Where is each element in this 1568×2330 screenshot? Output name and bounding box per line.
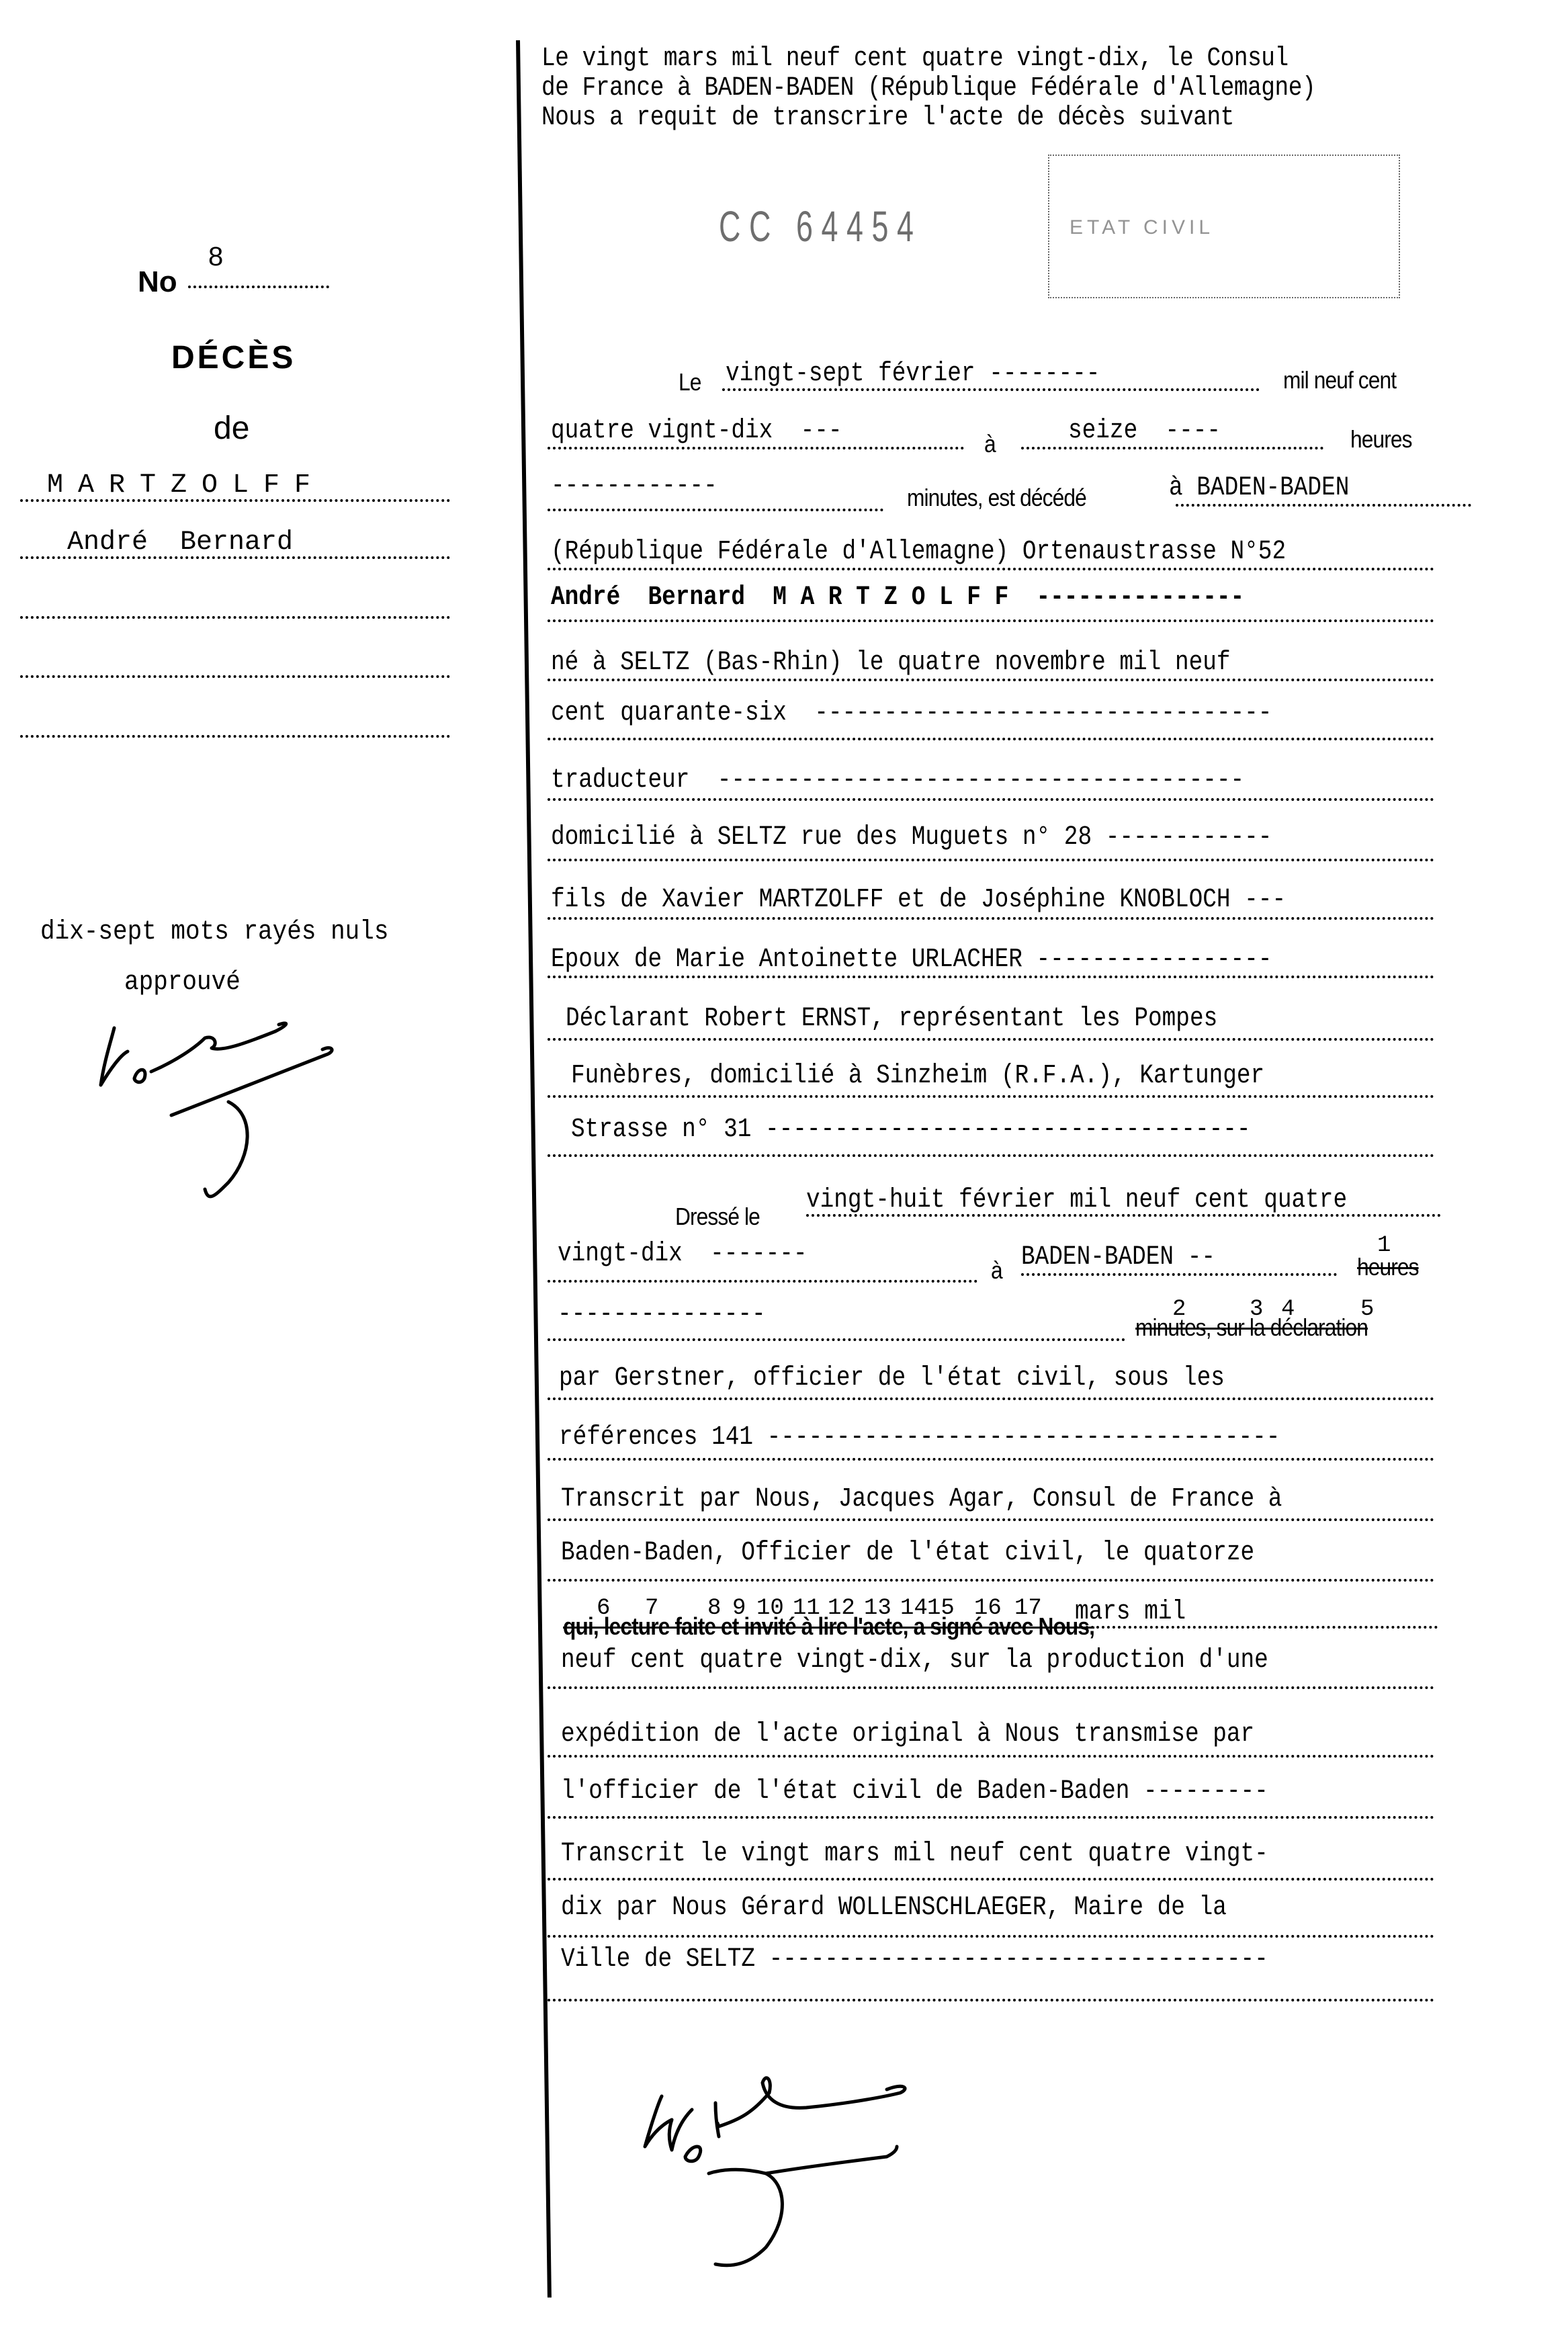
stamp-label: ETAT CIVIL (1070, 216, 1214, 239)
transcription-line-5: expédition de l'acte original à Nous tra… (561, 1720, 1254, 1750)
death-year: quatre vignt-dix --- (551, 417, 842, 446)
mayor-signature-icon (631, 2063, 981, 2264)
strike-number-4: 4 (1281, 1297, 1295, 1322)
spouse: Epoux de Marie Antoinette URLACHER -----… (551, 945, 1272, 975)
transcription-line-6: l'officier de l'état civil de Baden-Bade… (561, 1777, 1268, 1807)
strike-number-15: 15 (927, 1596, 955, 1621)
blank-line-1 (20, 616, 450, 619)
dresse-year-rule (548, 1280, 977, 1283)
mayor-line-3: Ville de SELTZ -------------------------… (561, 1945, 1268, 1975)
deceased-name-line (548, 619, 1434, 622)
death-place-address: (République Fédérale d'Allemagne) Ortena… (551, 537, 1286, 567)
minutes-label: minutes, est décédé (907, 484, 1086, 512)
mayor-line-1: Transcrit le vingt mars mil neuf cent qu… (561, 1840, 1268, 1869)
margin-note-line-1: dix-sept mots rayés nuls (40, 917, 388, 947)
domicile: domicilié à SELTZ rue des Muguets n° 28 … (551, 823, 1272, 853)
officer-line-1-rule (548, 1397, 1434, 1400)
death-place: à BADEN-BADEN (1169, 474, 1349, 503)
number-label: No (138, 265, 177, 299)
spouse-rule (548, 976, 1434, 978)
strike-number-12: 12 (828, 1596, 855, 1621)
last-name: MARTZOLFF (47, 470, 325, 501)
death-hour-line (1021, 447, 1323, 449)
officer-line-2-rule (548, 1458, 1434, 1461)
transcription-line-2: Baden-Baden, Officier de l'état civil, l… (561, 1539, 1254, 1568)
birth-line-2: cent quarante-six ----------------------… (551, 699, 1272, 728)
declarant-line-2: Funèbres, domicilié à Sinzheim (R.F.A.),… (571, 1062, 1264, 1091)
death-place-line (1176, 504, 1471, 507)
strike-number-9: 9 (732, 1596, 746, 1621)
death-minutes: ------------ (551, 472, 717, 501)
officer-line-1: par Gerstner, officier de l'état civil, … (559, 1364, 1225, 1393)
first-names-underline (20, 556, 450, 559)
dresse-place-rule (1021, 1273, 1337, 1276)
a-label: à (984, 430, 996, 458)
title-deces: DÉCÈS (171, 339, 296, 376)
transcription-line-3-rule (1075, 1626, 1438, 1629)
strike-number-13: 13 (864, 1596, 891, 1621)
death-date-line (722, 388, 1260, 391)
mayor-line-2: dix par Nous Gérard WOLLENSCHLAEGER, Mai… (561, 1893, 1227, 1923)
strike-number-7: 7 (645, 1596, 658, 1621)
parents-rule (548, 917, 1434, 920)
death-place-address-line (548, 568, 1434, 570)
strike-number-11: 11 (793, 1596, 820, 1621)
transcription-line-1-rule (548, 1518, 1434, 1521)
mayor-line-1-rule (548, 1878, 1434, 1881)
strike-number-6: 6 (597, 1596, 610, 1621)
declarant-line-1: Déclarant Robert ERNST, représentant les… (566, 1004, 1217, 1034)
birth-line-1-rule (548, 679, 1434, 681)
dresse-minutes-rule (548, 1338, 1125, 1341)
header-line-1: Le vingt mars mil neuf cent quatre vingt… (541, 44, 1289, 74)
dresse-minutes: --------------- (558, 1300, 766, 1330)
struck-heures: heures (1357, 1253, 1419, 1281)
declarant-line-1-rule (548, 1038, 1434, 1041)
occupation: traducteur -----------------------------… (551, 766, 1244, 795)
death-minutes-line (548, 509, 883, 511)
strike-number-14: 14 (900, 1596, 928, 1621)
first-names: André Bernard (67, 527, 293, 558)
death-hour: seize ---- (1068, 417, 1221, 446)
dresse-year: vingt-dix ------- (558, 1240, 808, 1269)
occupation-rule (548, 798, 1434, 801)
officer-line-2: références 141 -------------------------… (559, 1423, 1280, 1453)
strike-number-17: 17 (1014, 1596, 1042, 1621)
strike-number-8: 8 (707, 1596, 721, 1621)
birth-line-1: né à SELTZ (Bas-Rhin) le quatre novembre… (551, 648, 1231, 678)
column-divider (516, 40, 552, 2298)
strike-number-16: 16 (974, 1596, 1002, 1621)
header-line-2: de France à BADEN-BADEN (République Fédé… (541, 74, 1315, 103)
dresse-date-rule (806, 1214, 1441, 1217)
declarant-line-3: Strasse n° 31 --------------------------… (571, 1115, 1251, 1145)
mayor-line-3-rule (548, 1999, 1434, 2001)
transcription-line-4-rule (548, 1686, 1434, 1689)
etat-civil-stamp: ETAT CIVIL (1048, 155, 1400, 298)
birth-line-2-rule (548, 738, 1434, 740)
margin-signature-icon (87, 988, 369, 1203)
strike-number-10: 10 (756, 1596, 784, 1621)
death-date: vingt-sept février -------- (726, 359, 1100, 389)
number-underline (188, 286, 329, 288)
number-value: 8 (208, 242, 223, 272)
transcription-line-2-rule (548, 1579, 1434, 1582)
heures-label: heures (1350, 425, 1412, 454)
declarant-line-2-rule (548, 1095, 1434, 1098)
strike-number-3: 3 (1250, 1297, 1263, 1322)
mayor-line-2-rule (548, 1935, 1434, 1938)
header-line-3: Nous a requit de transcrire l'acte de dé… (541, 103, 1234, 133)
transcription-line-1: Transcrit par Nous, Jacques Agar, Consul… (561, 1485, 1282, 1514)
title-de: de (214, 410, 249, 447)
death-year-line (548, 447, 964, 449)
strike-number-2: 2 (1172, 1297, 1186, 1322)
strike-number-5: 5 (1360, 1297, 1374, 1322)
le-label: Le (679, 368, 701, 396)
transcription-line-3: mars mil (1075, 1598, 1186, 1627)
transcription-line-5-rule (548, 1755, 1434, 1758)
last-name-underline (20, 499, 450, 502)
blank-line-3 (20, 735, 450, 738)
reference-number: CC 64454 (719, 202, 922, 251)
transcription-line-6-rule (548, 1816, 1434, 1819)
declarant-line-3-rule (548, 1154, 1434, 1157)
parents: fils de Xavier MARTZOLFF et de Joséphine… (551, 886, 1286, 915)
blank-line-2 (20, 675, 450, 678)
mil-neuf-cent-label: mil neuf cent (1283, 366, 1396, 394)
dresse-date: vingt-huit février mil neuf cent quatre (806, 1186, 1347, 1215)
transcription-line-4: neuf cent quatre vingt-dix, sur la produ… (561, 1646, 1268, 1676)
deceased-name: André Bernard M A R T Z O L F F --------… (551, 583, 1244, 613)
domicile-rule (548, 859, 1434, 861)
dresse-label: Dressé le (675, 1203, 760, 1231)
dresse-place: BADEN-BADEN -- (1021, 1243, 1215, 1272)
dresse-a-label: à (991, 1256, 1002, 1285)
